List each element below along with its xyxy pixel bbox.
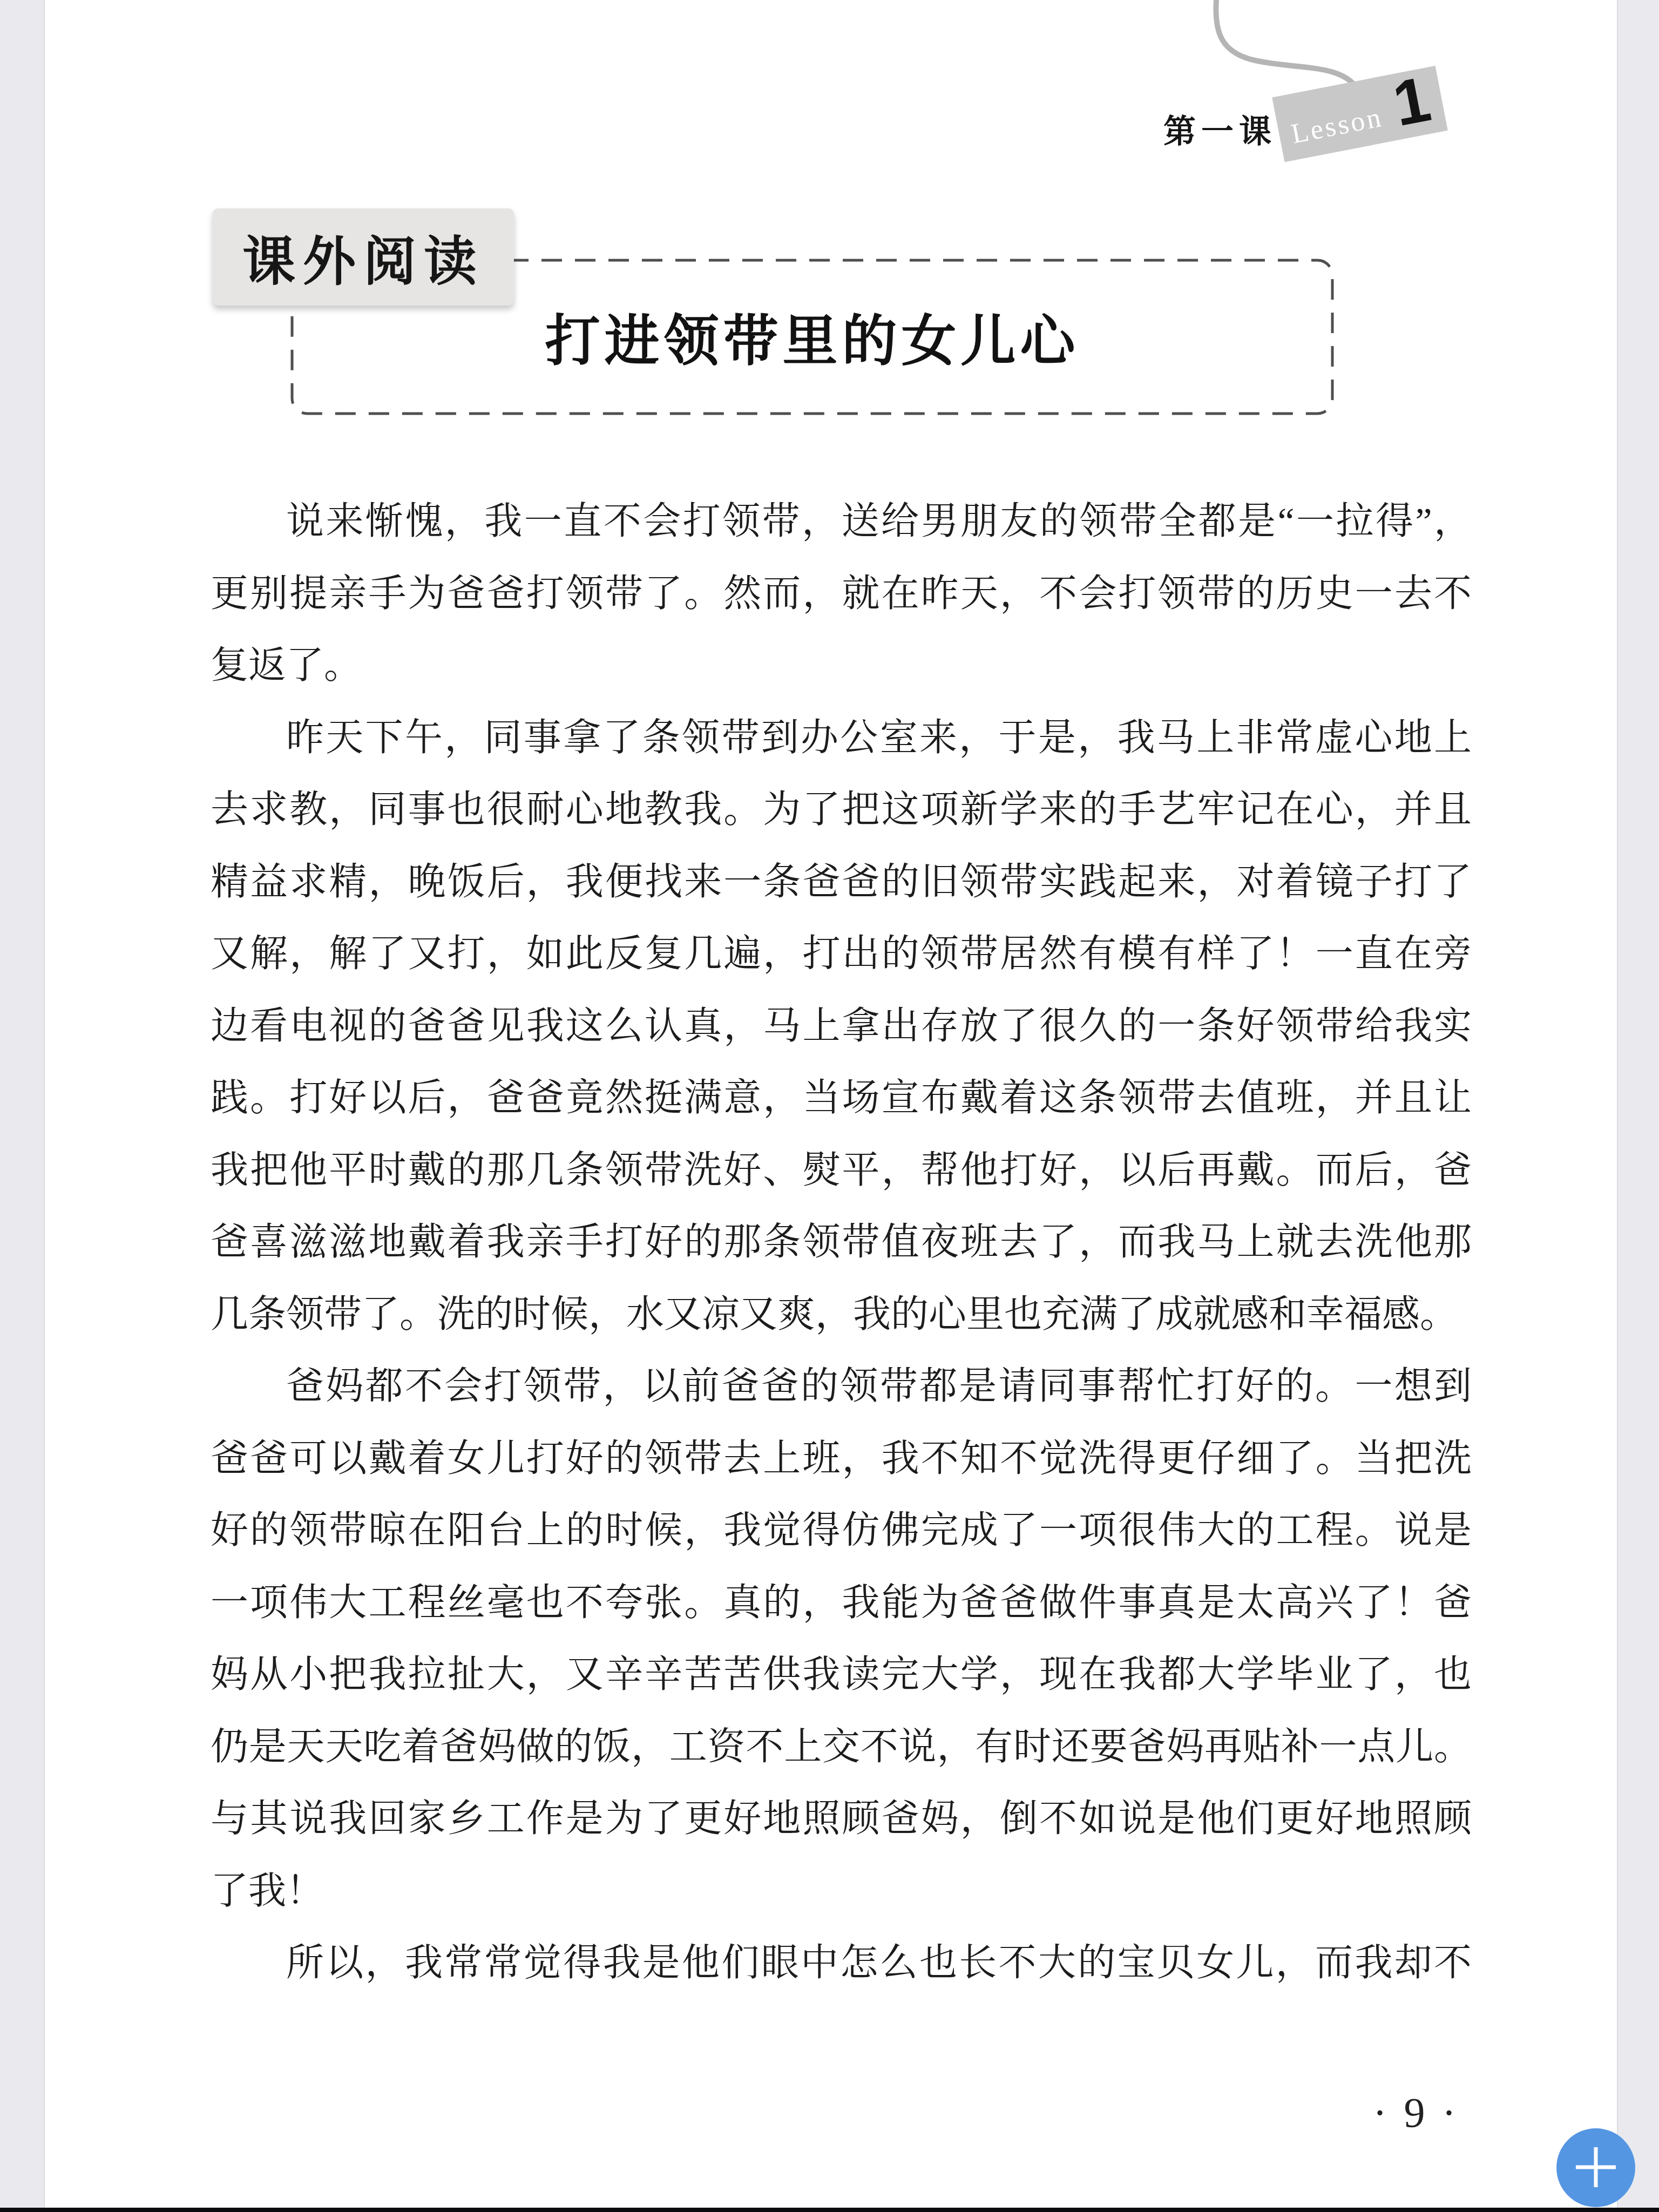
text-line: 复返了。 xyxy=(211,630,1472,702)
text-line: 与其说我回家乡工作是为了更好地照顾爸妈，倒不如说是他们更好地照顾 xyxy=(211,1783,1472,1856)
text-line: 去求教，同事也很耐心地教我。为了把这项新学来的手艺牢记在心，并且 xyxy=(211,774,1472,847)
lesson-title-zh: 第一课 xyxy=(1163,106,1277,152)
text-line: 爸爸可以戴着女儿打好的领带去上班，我不知不觉洗得更仔细了。当把洗 xyxy=(211,1423,1472,1496)
lesson-tag-label: Lesson xyxy=(1289,101,1385,150)
text-line: 一项伟大工程丝毫也不夸张。真的，我能为爸爸做件事真是太高兴了！爸 xyxy=(211,1567,1472,1640)
plus-icon xyxy=(1556,2128,1635,2208)
bottom-edge-bar xyxy=(0,2208,1659,2212)
text-line: 妈从小把我拉扯大，又辛辛苦苦供我读完大学，现在我都大学毕业了，也 xyxy=(211,1639,1472,1712)
add-button[interactable] xyxy=(1556,2128,1635,2207)
text-line: 精益求精，晚饭后，我便找来一条爸爸的旧领带实践起来，对着镜子打了 xyxy=(211,847,1472,919)
section-label: 课外阅读 xyxy=(213,208,514,306)
text-line: 仍是天天吃着爸妈做的饭，工资不上交不说，有时还要爸妈再贴补一点儿。 xyxy=(211,1712,1472,1784)
text-line: 所以，我常常觉得我是他们眼中怎么也长不大的宝贝女儿，而我却不 xyxy=(211,1927,1472,2000)
text-line: 了我！ xyxy=(211,1856,1472,1928)
text-line: 爸喜滋滋地戴着我亲手打好的那条领带值夜班去了，而我马上就去洗他那 xyxy=(211,1207,1472,1279)
text-line: 我把他平时戴的那几条领带洗好、熨平，帮他打好，以后再戴。而后，爸 xyxy=(211,1135,1472,1207)
reader-screen: 第一课 Lesson 1 打进领带里的女儿心 课外阅读 说来惭愧，我一直不会打领… xyxy=(0,0,1659,2212)
viewer-margin-right xyxy=(1617,0,1659,2212)
body-text: 说来惭愧，我一直不会打领带，送给男朋友的领带全都是“一拉得”，更别提亲手为爸爸打… xyxy=(211,486,1472,2000)
text-line: 说来惭愧，我一直不会打领带，送给男朋友的领带全都是“一拉得”， xyxy=(211,486,1472,558)
text-line: 践。打好以后，爸爸竟然挺满意，当场宣布戴着这条领带去值班，并且让 xyxy=(211,1063,1472,1135)
page-number: · 9 · xyxy=(1335,2088,1497,2137)
text-line: 又解，解了又打，如此反复几遍，打出的领带居然有模有样了！一直在旁 xyxy=(211,918,1472,991)
text-line: 边看电视的爸爸见我这么认真，马上拿出存放了很久的一条好领带给我实 xyxy=(211,991,1472,1063)
text-line: 好的领带晾在阳台上的时候，我觉得仿佛完成了一项很伟大的工程。说是 xyxy=(211,1495,1472,1567)
text-line: 爸妈都不会打领带，以前爸爸的领带都是请同事帮忙打好的。一想到 xyxy=(211,1351,1472,1423)
lesson-tag: Lesson 1 xyxy=(1272,66,1448,163)
text-line: 更别提亲手为爸爸打领带了。然而，就在昨天，不会打领带的历史一去不 xyxy=(211,558,1472,631)
document-page: 第一课 Lesson 1 打进领带里的女儿心 课外阅读 说来惭愧，我一直不会打领… xyxy=(45,0,1617,2212)
text-line: 几条领带了。洗的时候，水又凉又爽，我的心里也充满了成就感和幸福感。 xyxy=(211,1279,1472,1351)
viewer-margin-left xyxy=(0,0,45,2212)
text-line: 昨天下午，同事拿了条领带到办公室来，于是，我马上非常虚心地上 xyxy=(211,702,1472,775)
lesson-tag-number: 1 xyxy=(1389,67,1435,136)
